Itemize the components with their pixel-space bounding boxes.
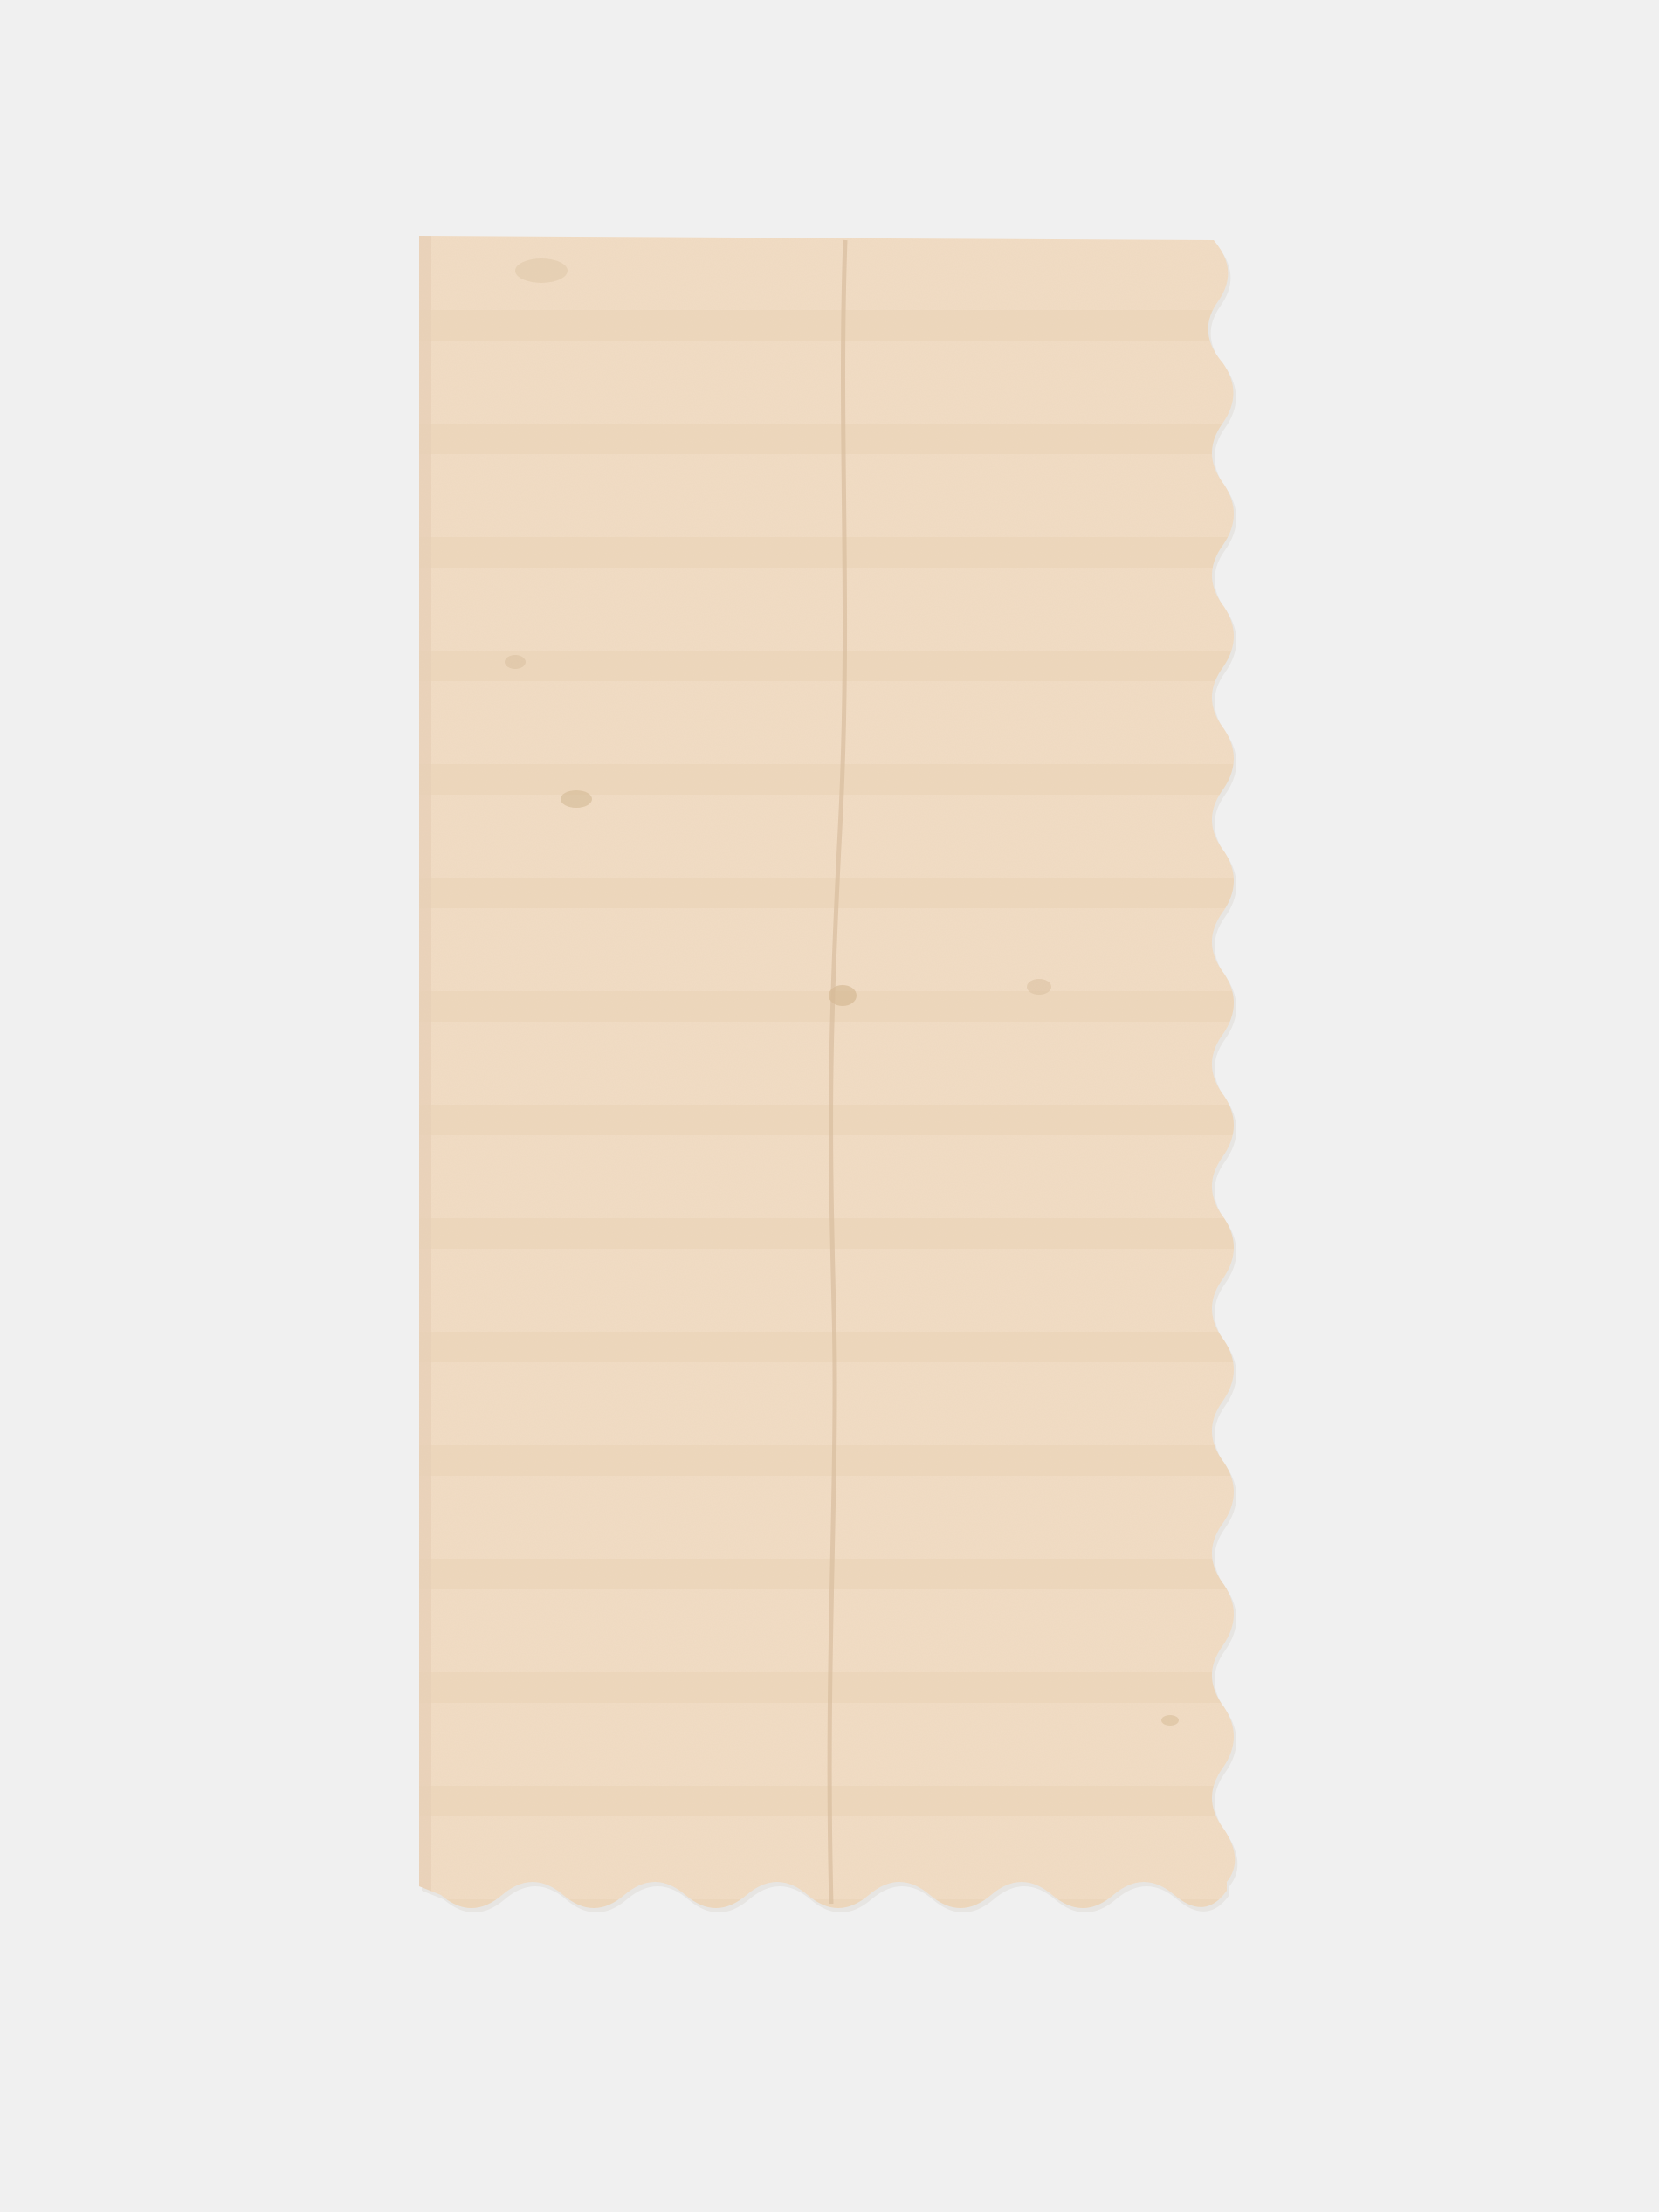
product-photo — [0, 0, 1659, 2212]
rug-image — [0, 0, 1659, 2212]
